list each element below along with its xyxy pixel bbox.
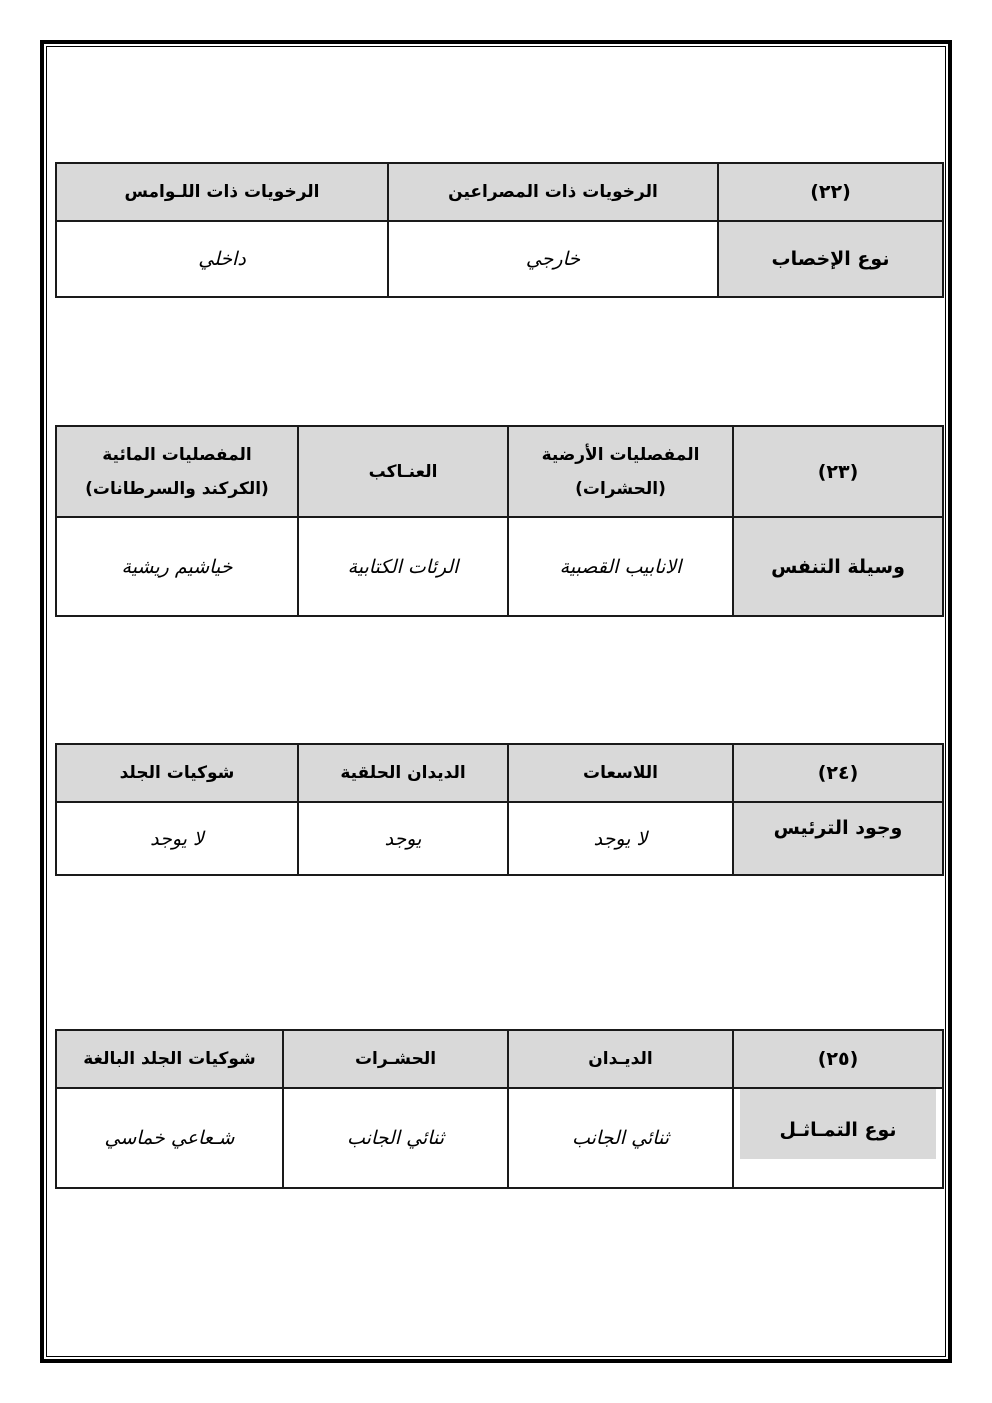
column-header: الديـدان (508, 1030, 733, 1088)
row-label-cell: نوع التمـاثـل (733, 1088, 943, 1188)
table-header-row: (٢٤) اللاسعات الديدان الحلقية شوكيات الج… (56, 744, 943, 802)
table-cell: ثنائي الجانب (283, 1088, 508, 1188)
column-header-line1: المفصليات المائية (57, 438, 297, 472)
table-24-cephalization: (٢٤) اللاسعات الديدان الحلقية شوكيات الج… (55, 743, 944, 876)
table-cell: شـعاعي خماسي (56, 1088, 283, 1188)
column-header: شوكيات الجلد البالغة (56, 1030, 283, 1088)
table-number: (٢٥) (733, 1030, 943, 1088)
column-header: الرخويات ذات المصراعين (388, 163, 718, 221)
column-header-line2: (الكركند والسرطانات) (57, 472, 297, 506)
table-22-fertilization: (٢٢) الرخويات ذات المصراعين الرخويات ذات… (55, 162, 944, 298)
table-header-row: (٢٣) المفصليات الأرضية (الحشرات) العنـاك… (56, 426, 943, 517)
column-header: الحشـرات (283, 1030, 508, 1088)
column-header: الديدان الحلقية (298, 744, 508, 802)
table-cell: خارجي (388, 221, 718, 297)
table-number: (٢٢) (718, 163, 943, 221)
table-cell: داخلي (56, 221, 388, 297)
column-header-line2: (الحشرات) (509, 472, 732, 506)
row-label: وسيلة التنفس (733, 517, 943, 616)
table-cell: لا يوجد (56, 802, 298, 875)
column-header: المفصليات الأرضية (الحشرات) (508, 426, 733, 517)
table-cell: لا يوجد (508, 802, 733, 875)
column-header: العنـاكب (298, 426, 508, 517)
table-cell: الرئات الكتابية (298, 517, 508, 616)
column-header: اللاسعات (508, 744, 733, 802)
column-header-line1: المفصليات الأرضية (509, 438, 732, 472)
table-25-symmetry: (٢٥) الديـدان الحشـرات شوكيات الجلد البا… (55, 1029, 944, 1189)
table-cell: يوجد (298, 802, 508, 875)
table-number: (٢٣) (733, 426, 943, 517)
table-header-row: (٢٥) الديـدان الحشـرات شوكيات الجلد البا… (56, 1030, 943, 1088)
table-cell: خياشيم ريشية (56, 517, 298, 616)
row-label: وجود الترئيس (733, 802, 943, 875)
table-23-respiration: (٢٣) المفصليات الأرضية (الحشرات) العنـاك… (55, 425, 944, 617)
table-row: وسيلة التنفس الانابيب القصبية الرئات الك… (56, 517, 943, 616)
column-header: شوكيات الجلد (56, 744, 298, 802)
row-label: نوع التمـاثـل (740, 1089, 936, 1159)
column-header: الرخويات ذات اللـوامس (56, 163, 388, 221)
column-header-line1: العنـاكب (299, 455, 507, 489)
table-cell: الانابيب القصبية (508, 517, 733, 616)
table-row: نوع الإخصاب خارجي داخلي (56, 221, 943, 297)
column-header: المفصليات المائية (الكركند والسرطانات) (56, 426, 298, 517)
table-header-row: (٢٢) الرخويات ذات المصراعين الرخويات ذات… (56, 163, 943, 221)
table-row: وجود الترئيس لا يوجد يوجد لا يوجد (56, 802, 943, 875)
table-row: نوع التمـاثـل ثنائي الجانب ثنائي الجانب … (56, 1088, 943, 1188)
row-label: نوع الإخصاب (718, 221, 943, 297)
table-cell: ثنائي الجانب (508, 1088, 733, 1188)
table-number: (٢٤) (733, 744, 943, 802)
